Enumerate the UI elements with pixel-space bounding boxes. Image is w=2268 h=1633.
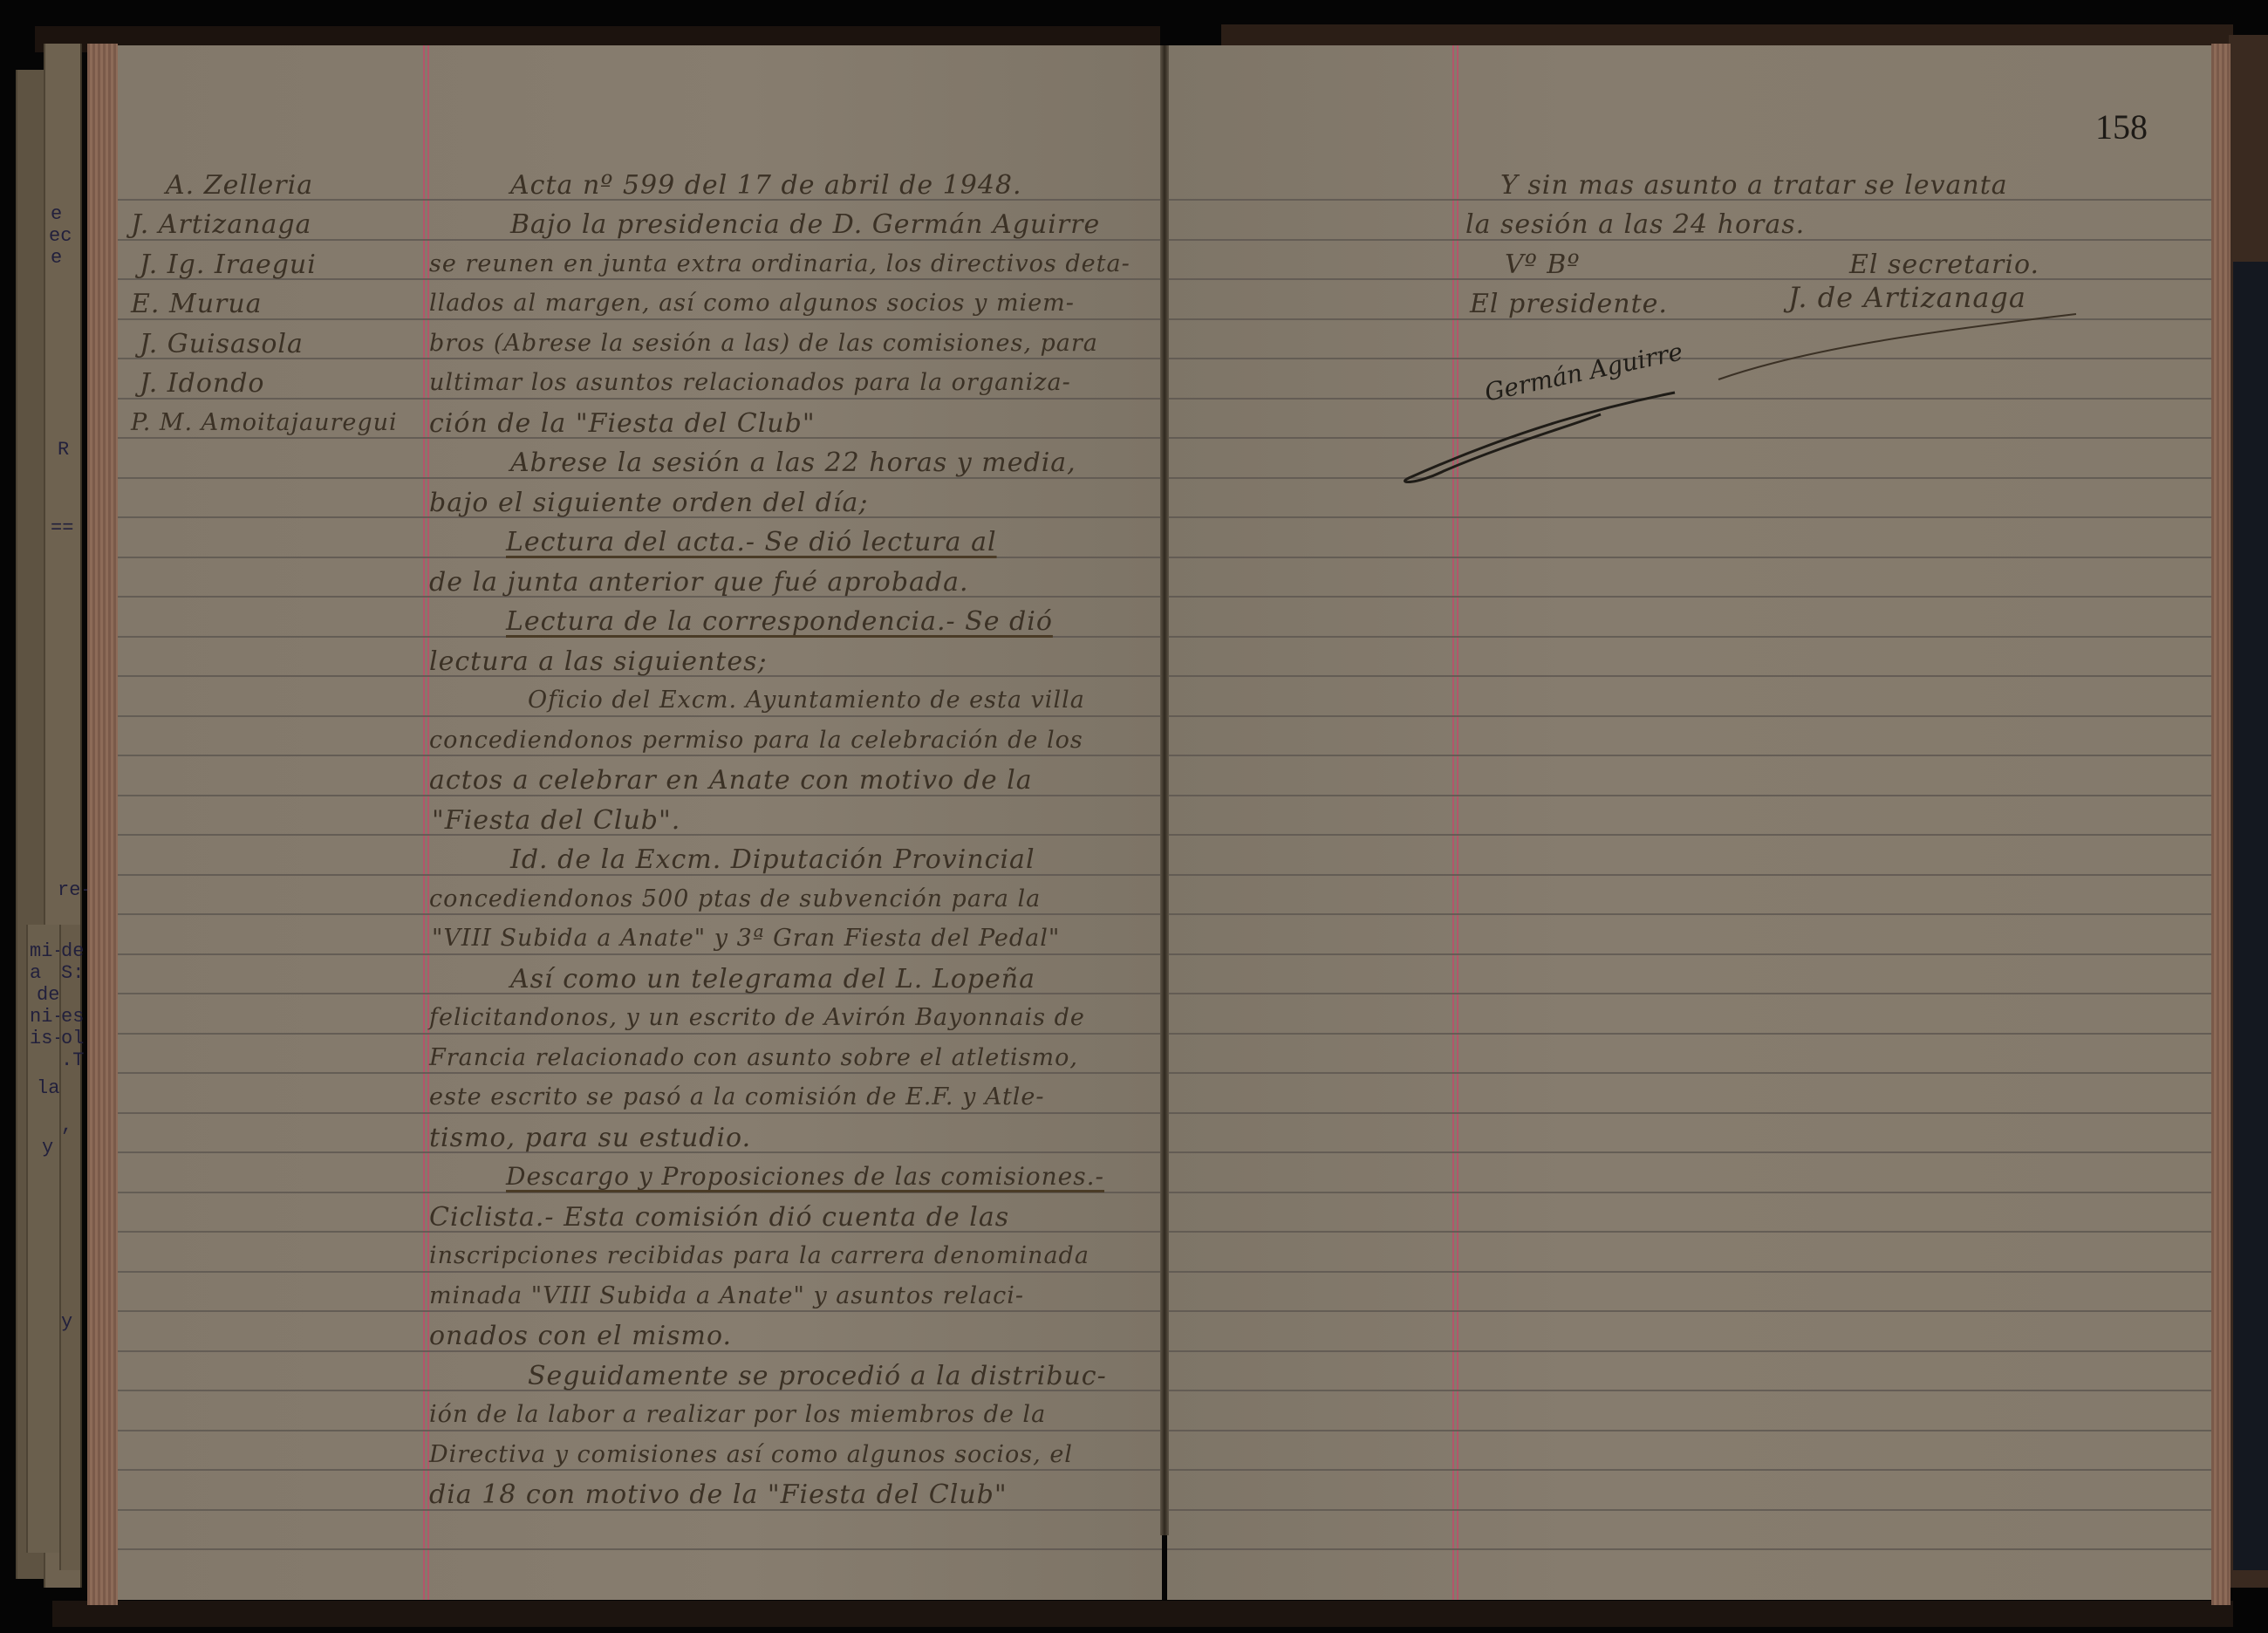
typed-fragment: .T — [61, 1051, 84, 1070]
typed-fragment: R — [58, 441, 69, 460]
body-line: lectura a las siguientes; — [429, 649, 768, 675]
ruled-line — [1167, 477, 2211, 479]
body-line: Directiva y comisiones así como algunos … — [429, 1443, 1073, 1466]
typed-fragment: es — [61, 1008, 84, 1027]
body-line: bajo el siguiente orden del día; — [429, 490, 869, 516]
body-line: actos a celebrar en Anate con motivo de … — [429, 768, 1033, 794]
right-page-edge — [2211, 44, 2230, 1605]
secretary-signature-flourish — [1701, 297, 2120, 384]
body-line: Bajo la presidencia de D. Germán Aguirre — [510, 212, 1100, 238]
body-line: de la junta anterior que fué aprobada. — [429, 570, 969, 596]
ruled-line — [118, 1033, 1162, 1035]
ruled-line — [1167, 834, 2211, 836]
typed-fragment: y — [42, 1138, 53, 1158]
body-line: bros (Abrese la sesión a las) de las com… — [429, 331, 1098, 355]
body-line: llados al margen, así como algunos socio… — [429, 291, 1075, 315]
body-line: dia 18 con motivo de la "Fiesta del Club… — [429, 1482, 1008, 1508]
minutes-title: Acta nº 599 del 17 de abril de 1948. — [510, 173, 1022, 199]
body-line: se reunen en junta extra ordinaria, los … — [429, 252, 1131, 276]
body-line: inscripciones recibidas para la carrera … — [429, 1244, 1090, 1267]
body-line: minada "VIII Subida a Anate" y asuntos r… — [429, 1284, 1024, 1308]
ruled-line — [118, 1072, 1162, 1074]
ruled-line — [118, 1192, 1162, 1193]
inserted-strip-3: de S: es ol .T , y — [59, 925, 82, 1570]
body-line: ción de la "Fiesta del Club" — [429, 411, 816, 437]
ruled-line — [118, 715, 1162, 717]
section-heading-reading-minutes: Lectura del acta.- Se dió lectura al — [506, 530, 997, 556]
book-cover-right-dark — [2233, 262, 2268, 1570]
body-line: onados con el mismo. — [429, 1323, 732, 1349]
president-signature-flourish — [1391, 366, 1688, 489]
ruled-line — [1167, 715, 2211, 717]
ruled-line — [118, 1430, 1162, 1431]
ruled-line — [1167, 1112, 2211, 1114]
ruled-line — [118, 1548, 1162, 1550]
ruled-line — [118, 1271, 1162, 1273]
body-line: Seguidamente se procedió a la distribuc- — [528, 1363, 1107, 1390]
ruled-line — [1167, 398, 2211, 400]
secretary-label: El secretario. — [1849, 252, 2039, 278]
ruled-line — [118, 318, 1162, 320]
ruled-line — [118, 1310, 1162, 1312]
ruled-line — [1167, 913, 2211, 915]
approval-mark: Vº Bº — [1505, 252, 1580, 278]
ruled-line — [1167, 516, 2211, 518]
right-page — [1167, 45, 2211, 1600]
attendee-name: P. M. Amoitajauregui — [131, 411, 398, 434]
ruled-line — [1167, 795, 2211, 796]
ruled-line — [1167, 1390, 2211, 1391]
ruled-line — [1167, 1151, 2211, 1153]
ruled-line — [1167, 1350, 2211, 1352]
typed-fragment: y — [61, 1313, 72, 1332]
typed-fragment: ec — [49, 227, 72, 246]
president-label: El presidente. — [1470, 291, 1668, 318]
ruled-line — [1167, 1231, 2211, 1233]
typed-fragment: S: — [61, 964, 84, 983]
attendee-name: J. Idondo — [140, 371, 264, 397]
body-line: "VIII Subida a Anate" y 3ª Gran Fiesta d… — [432, 926, 1060, 950]
ruled-line — [118, 398, 1162, 400]
body-line: Abrese la sesión a las 22 horas y media, — [510, 450, 1076, 476]
body-line: concediendonos 500 ptas de subvención pa… — [429, 887, 1041, 911]
body-line: Francia relacionado con asunto sobre el … — [429, 1046, 1078, 1069]
page-number: 158 — [2095, 106, 2148, 147]
ruled-line — [1167, 1430, 2211, 1431]
ruled-line — [1167, 1469, 2211, 1471]
typed-fragment: de — [37, 986, 59, 1005]
typed-fragment: de — [61, 942, 84, 961]
ruled-line — [1167, 1271, 2211, 1273]
ruled-line — [118, 913, 1162, 915]
attendee-name: J. Ig. Iraegui — [140, 252, 317, 278]
section-heading-commissions: Descargo y Proposiciones de las comision… — [506, 1165, 1104, 1189]
ruled-line — [118, 755, 1162, 756]
ruled-line — [1167, 993, 2211, 994]
body-line: Oficio del Excm. Ayuntamiento de esta vi… — [528, 688, 1085, 712]
ruled-line — [1167, 1548, 2211, 1550]
body-line: "Fiesta del Club". — [432, 808, 680, 834]
ruled-line — [118, 953, 1162, 955]
ruled-line — [1167, 1033, 2211, 1035]
typed-fragment: , — [61, 1117, 72, 1136]
attendee-name: J. Guisasola — [140, 331, 304, 358]
ruled-line — [1167, 437, 2211, 439]
ruled-line — [1167, 755, 2211, 756]
body-line: ultimar los asuntos relacionados para la… — [429, 371, 1071, 394]
attendee-name: A. Zelleria — [166, 173, 313, 199]
ruled-line — [1167, 1509, 2211, 1511]
body-line: ión de la labor a realizar por los miemb… — [429, 1403, 1046, 1426]
ruled-line — [1167, 675, 2211, 677]
body-line: este escrito se pasó a la comisión de E.… — [429, 1085, 1045, 1109]
section-heading-correspondence: Lectura de la correspondencia.- Se dió — [506, 609, 1053, 635]
ruled-line — [1167, 1192, 2211, 1193]
ruled-line — [118, 1469, 1162, 1471]
ruled-line — [1167, 1310, 2211, 1312]
typed-fragment: a — [30, 964, 41, 983]
body-line: Ciclista.- Esta comisión dió cuenta de l… — [429, 1205, 1009, 1231]
attendee-name: E. Murua — [131, 291, 263, 318]
ruled-line — [1167, 596, 2211, 598]
left-page-edge — [87, 44, 118, 1605]
body-line: felicitandonos, y un escrito de Avirón B… — [429, 1006, 1085, 1029]
typed-fragment: e — [51, 249, 62, 268]
body-line: Así como un telegrama del L. Lopeña — [510, 967, 1035, 993]
ruled-line — [118, 1112, 1162, 1114]
book-gutter — [1160, 45, 1169, 1535]
typed-fragment: ol — [61, 1029, 84, 1049]
typed-fragment: == — [51, 519, 73, 538]
ruled-line — [1167, 874, 2211, 876]
body-line: la sesión a las 24 horas. — [1465, 212, 1805, 238]
book-cover-bottom — [52, 1601, 2233, 1627]
ruled-line — [1167, 636, 2211, 638]
ruled-line — [1167, 953, 2211, 955]
typed-fragment: e — [51, 205, 62, 224]
body-line: Id. de la Excm. Diputación Provincial — [510, 847, 1035, 873]
body-line: concediendonos permiso para la celebraci… — [429, 728, 1083, 752]
body-line: Y sin mas asunto a tratar se levanta — [1500, 173, 2008, 199]
ruled-line — [1167, 1072, 2211, 1074]
ruled-line — [1167, 278, 2211, 280]
typed-fragment: la — [37, 1079, 59, 1098]
body-line: tismo, para su estudio. — [429, 1125, 751, 1151]
ruled-line — [1167, 557, 2211, 558]
attendee-name: J. Artizanaga — [131, 212, 311, 238]
